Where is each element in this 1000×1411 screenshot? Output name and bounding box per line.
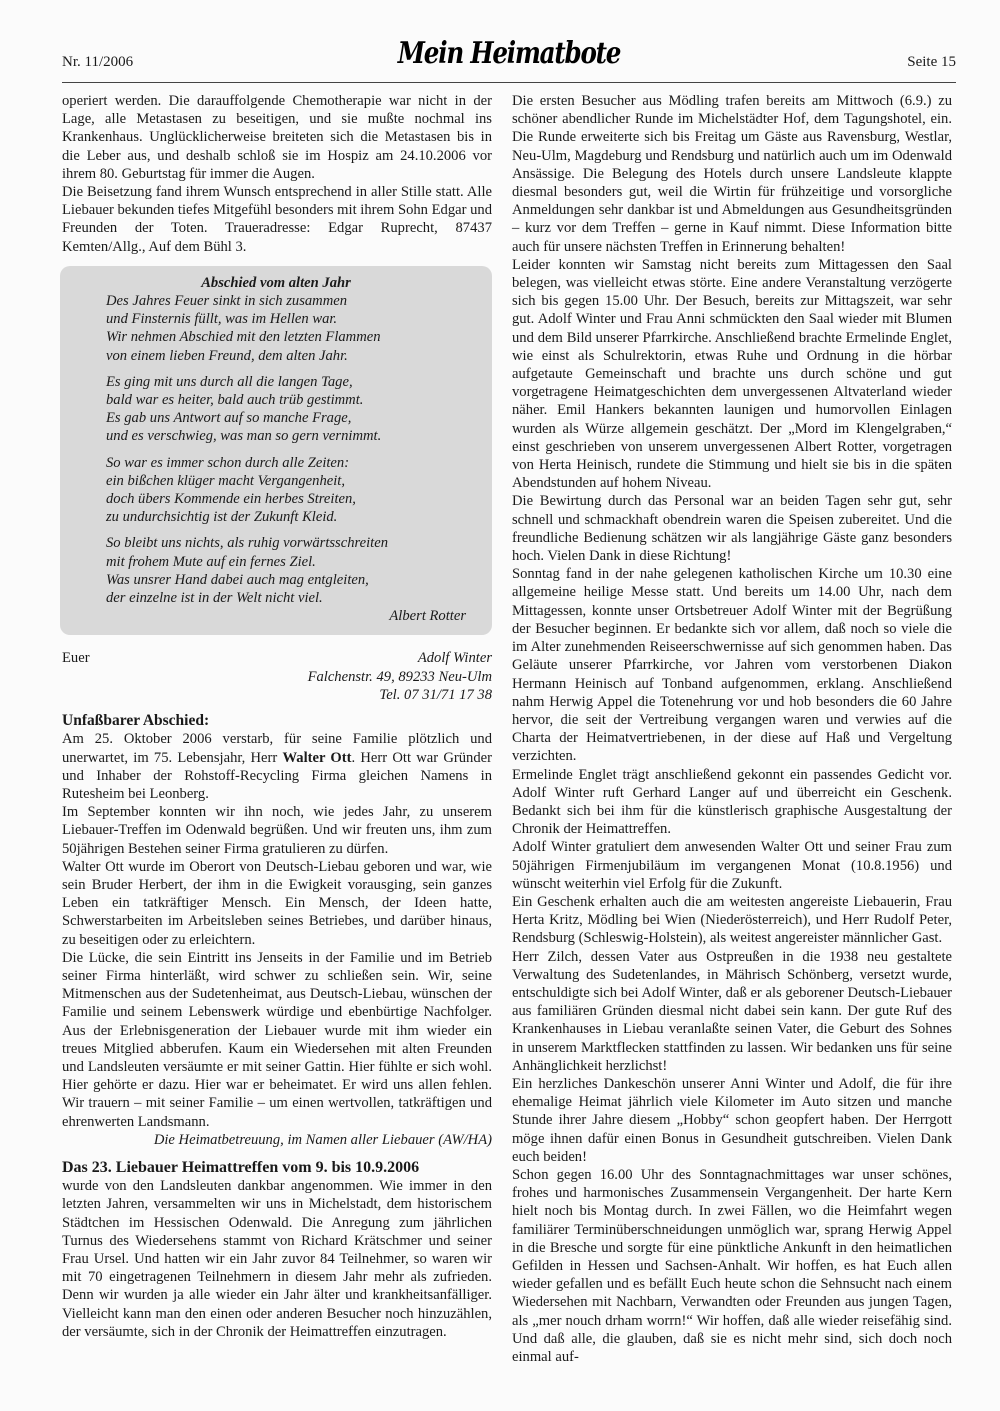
poem-line: mit frohem Mute auf ein fernes Ziel.	[106, 553, 476, 571]
page-number: Seite 15	[907, 54, 956, 71]
poem-line: und es verschwieg, was man so gern verni…	[106, 427, 476, 445]
obituary-heading: Unfaßbarer Abschied:	[62, 712, 492, 730]
paragraph: Ein Geschenk erhalten auch die am weites…	[512, 893, 952, 948]
obituary-signature: Die Heimatbetreuung, im Namen aller Lieb…	[62, 1131, 492, 1149]
deceased-name: Walter Ott	[283, 750, 352, 766]
paragraph: Leider konnten wir Samstag nicht bereits…	[512, 256, 952, 493]
poem-line: So bleibt uns nichts, als ruhig vorwärts…	[106, 534, 476, 552]
poem-line: Des Jahres Feuer sinkt in sich zusammen	[106, 292, 476, 310]
right-column: Die ersten Besucher aus Mödling trafen b…	[512, 92, 952, 1366]
salutation: Euer	[62, 649, 90, 704]
paragraph: operiert werden. Die darauffolgende Chem…	[62, 92, 492, 183]
signer-name: Adolf Winter	[308, 649, 492, 667]
issue-number: Nr. 11/2006	[62, 54, 133, 71]
meeting-heading: Das 23. Liebauer Heimattreffen vom 9. bi…	[62, 1159, 492, 1177]
poem-author: Albert Rotter	[106, 607, 466, 625]
paragraph: Ermelinde Englet trägt anschließend geko…	[512, 766, 952, 839]
poem-line: Wir nehmen Abschied mit den letzten Flam…	[106, 328, 476, 346]
paragraph: Ein herzliches Dankeschön unserer Anni W…	[512, 1075, 952, 1166]
poem-title: Abschied vom alten Jahr	[76, 274, 476, 292]
poem-line: und Finsternis füllt, was im Hellen war.	[106, 310, 476, 328]
poem-line: Es ging mit uns durch all die langen Tag…	[106, 373, 476, 391]
paragraph: Walter Ott wurde im Oberort von Deutsch-…	[62, 858, 492, 949]
newspaper-logo: Mein Heimatbote	[398, 36, 620, 71]
poem-line: zu undurchsichtig ist der Zukunft Kleid.	[106, 508, 476, 526]
poem-line: bald war es heiter, bald auch trüb gesti…	[106, 391, 476, 409]
poem-line: So war es immer schon durch alle Zeiten:	[106, 454, 476, 472]
poem-line: doch übers Kommende ein herbes Streiten,	[106, 490, 476, 508]
paragraph: Am 25. Oktober 2006 verstarb, für seine …	[62, 730, 492, 803]
poem-stanza: So war es immer schon durch alle Zeiten:…	[106, 454, 476, 527]
left-column: operiert werden. Die darauffolgende Chem…	[62, 92, 492, 1341]
poem-stanza: Es ging mit uns durch all die langen Tag…	[106, 373, 476, 446]
signature-block: Euer Adolf Winter Falchenstr. 49, 89233 …	[62, 649, 492, 704]
paragraph: Die Lücke, die sein Eintritt ins Jenseit…	[62, 949, 492, 1131]
paragraph: Die Bewirtung durch das Personal war an …	[512, 492, 952, 565]
poem-line: von einem lieben Freund, dem alten Jahr.	[106, 347, 476, 365]
poem-line: Was unsrer Hand dabei auch mag entgleite…	[106, 571, 476, 589]
paragraph: Die Beisetzung fand ihrem Wunsch entspre…	[62, 183, 492, 256]
poem-box: Abschied vom alten Jahr Des Jahres Feuer…	[60, 266, 492, 636]
poem-line: der einzelne ist in der Welt nicht viel.	[106, 589, 476, 607]
paragraph: Schon gegen 16.00 Uhr des Sonntagnachmit…	[512, 1166, 952, 1366]
signer-address: Falchenstr. 49, 89233 Neu-Ulm	[308, 668, 492, 686]
paragraph: Adolf Winter gratuliert dem anwesenden W…	[512, 838, 952, 893]
poem-stanza: So bleibt uns nichts, als ruhig vorwärts…	[106, 534, 476, 607]
signer-phone: Tel. 07 31/71 17 38	[308, 686, 492, 704]
poem-line: Es gab uns Antwort auf so manche Frage,	[106, 409, 476, 427]
paragraph: Herr Zilch, dessen Vater aus Ostpreußen …	[512, 948, 952, 1075]
paragraph: Die ersten Besucher aus Mödling trafen b…	[512, 92, 952, 256]
poem-stanza: Des Jahres Feuer sinkt in sich zusammen …	[106, 292, 476, 365]
paragraph: Sonntag fand in der nahe gelegenen katho…	[512, 565, 952, 765]
paragraph: wurde von den Landsleuten dankbar angeno…	[62, 1177, 492, 1341]
page-header: Nr. 11/2006 Mein Heimatbote Seite 15	[62, 36, 956, 83]
paragraph: Im September konnten wir ihn noch, wie j…	[62, 803, 492, 858]
poem-line: ein bißchen klüger macht Vergangenheit,	[106, 472, 476, 490]
